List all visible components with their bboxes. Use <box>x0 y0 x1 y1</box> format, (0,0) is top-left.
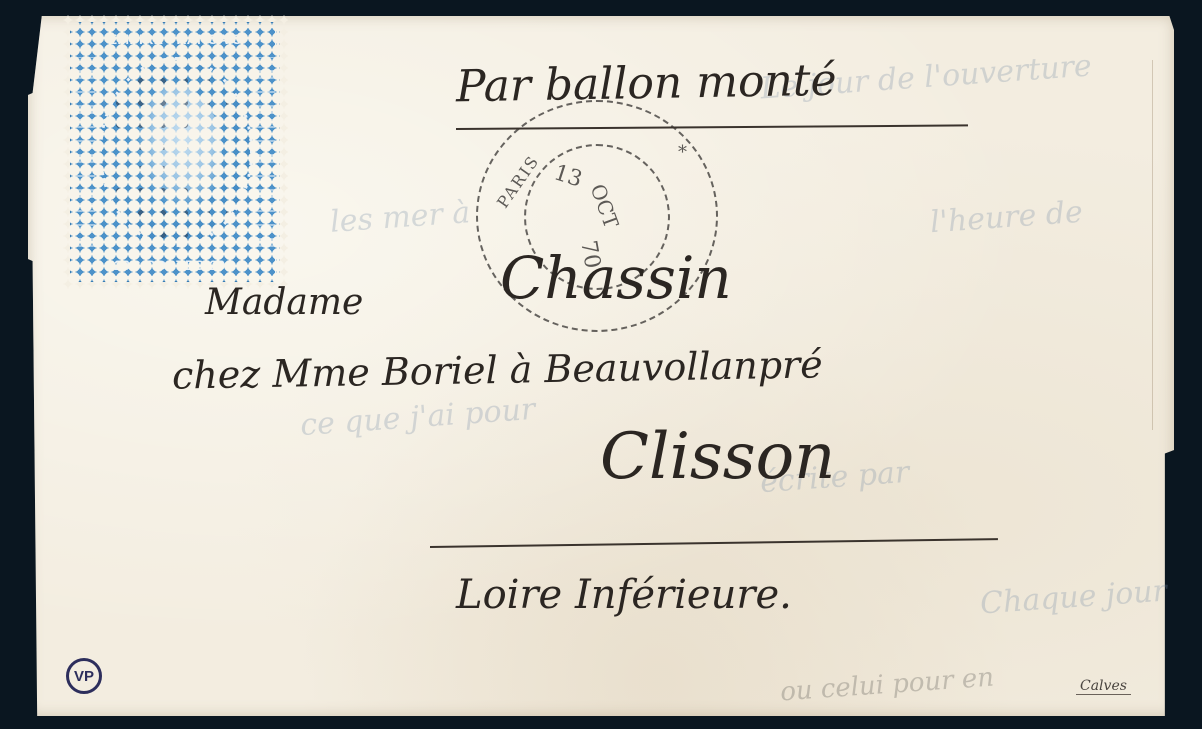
address-name: Chassin <box>500 244 732 312</box>
postmark-star-icon: * <box>678 142 687 163</box>
greek-key-border <box>75 57 95 247</box>
expert-signature: Calves <box>1076 678 1131 695</box>
stamp-bottom-band: × 20C·POSTES·20C × <box>71 251 279 279</box>
flap-edge <box>1152 60 1153 430</box>
route-inscription: Par ballon monté <box>456 55 837 113</box>
address-salutation: Madame <box>205 282 363 323</box>
stamp-corner-x-icon: × <box>74 27 98 51</box>
postage-stamp: × EMPIRE FRANCAIS × × 20C·POSTES·20C × <box>62 14 288 290</box>
address-region: Loire Inférieure. <box>456 572 792 618</box>
stamp-top-text: EMPIRE FRANCAIS <box>101 27 249 51</box>
stamp-design: × EMPIRE FRANCAIS × × 20C·POSTES·20C × <box>70 22 280 282</box>
stamp-corner-x-icon: × <box>252 27 276 51</box>
greek-key-border <box>255 57 275 247</box>
address-city: Clisson <box>600 420 835 494</box>
stamp-bottom-text: 20C·POSTES·20C <box>101 253 249 277</box>
expert-handstamp-vp: VP <box>66 658 102 694</box>
dotted-cancel <box>102 60 250 244</box>
stamp-top-band: × EMPIRE FRANCAIS × <box>71 25 279 53</box>
stamp-medallion <box>99 57 253 247</box>
stamp-corner-x-icon: × <box>74 253 98 277</box>
stamp-corner-x-icon: × <box>252 253 276 277</box>
